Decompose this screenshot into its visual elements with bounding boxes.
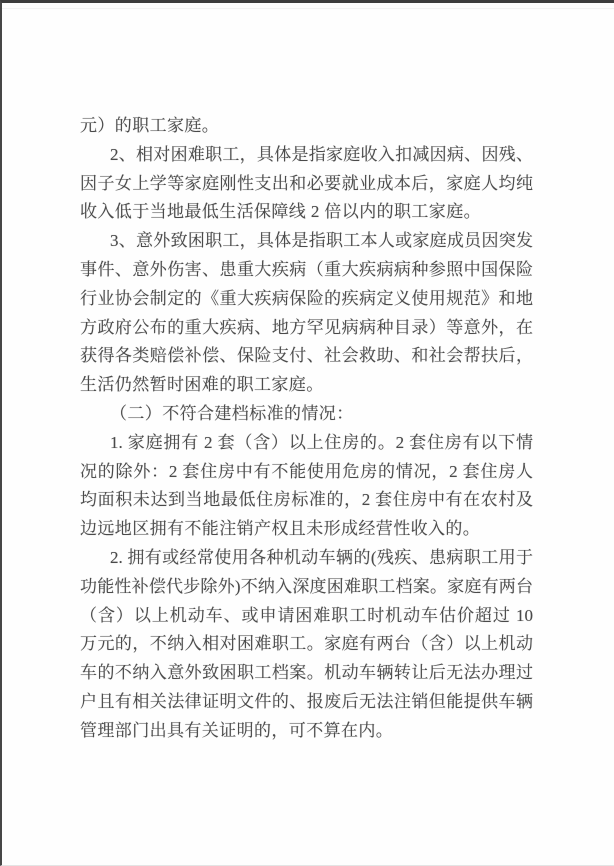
document-page: 元）的职工家庭。2、相对困难职工，具体是指家庭收入扣减因病、因残、因子女上学等家… — [0, 0, 614, 866]
text-line: 车的不纳入意外致困职工档案。机动车辆转让后无法办理过 — [80, 659, 533, 688]
text-line: 万元的，不纳入相对困难职工。家庭有两台（含）以上机动 — [80, 630, 533, 659]
text-line: 生活仍然暂时困难的职工家庭。 — [80, 371, 533, 400]
text-line: 因子女上学等家庭刚性支出和必要就业成本后，家庭人均纯 — [80, 170, 533, 199]
text-line: 收入低于当地最低生活保障线 2 倍以内的职工家庭。 — [80, 198, 533, 227]
text-line: 2、相对困难职工，具体是指家庭收入扣减因病、因残、 — [80, 141, 533, 170]
text-line: 元）的职工家庭。 — [80, 112, 533, 141]
text-line: 事件、意外伤害、患重大疾病（重大疾病病种参照中国保险 — [80, 256, 533, 285]
text-line: 2. 拥有或经常使用各种机动车辆的(残疾、患病职工用于 — [80, 544, 533, 573]
scan-artifact-line — [2, 8, 614, 9]
text-line: 户且有相关法律证明文件的、报废后无法注销但能提供车辆 — [80, 688, 533, 717]
text-line: 功能性补偿代步除外)不纳入深度困难职工档案。家庭有两台 — [80, 573, 533, 602]
text-line: 1. 家庭拥有 2 套（含）以上住房的。2 套住房有以下情 — [80, 429, 533, 458]
text-line: 均面积未达到当地最低住房标准的，2 套住房中有在农村及 — [80, 486, 533, 515]
document-text: 元）的职工家庭。2、相对困难职工，具体是指家庭收入扣减因病、因残、因子女上学等家… — [80, 112, 533, 746]
text-line: 管理部门出具有关证明的，可不算在内。 — [80, 717, 533, 746]
text-line: 况的除外：2 套住房中有不能使用危房的情况，2 套住房人 — [80, 458, 533, 487]
text-line: （二）不符合建档标准的情况： — [80, 400, 533, 429]
text-line: 方政府公布的重大疾病、地方罕见病病种目录）等意外，在 — [80, 314, 533, 343]
text-line: 行业协会制定的《重大疾病保险的疾病定义使用规范》和地 — [80, 285, 533, 314]
text-line: 获得各类赔偿补偿、保险支付、社会救助、和社会帮扶后， — [80, 342, 533, 371]
text-line: 3、意外致困职工，具体是指职工本人或家庭成员因突发 — [80, 227, 533, 256]
text-line: 边远地区拥有不能注销产权且未形成经营性收入的。 — [80, 515, 533, 544]
text-line: （含）以上机动车、或申请困难职工时机动车估价超过 10 — [80, 602, 533, 631]
